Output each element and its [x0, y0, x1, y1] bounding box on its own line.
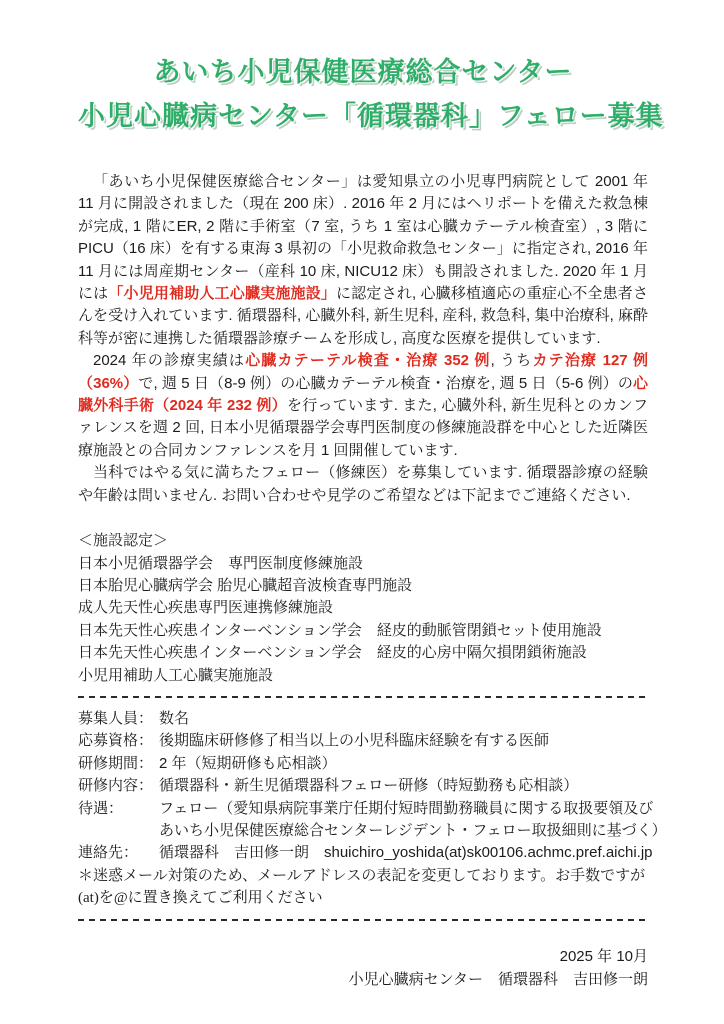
- detail-value: 循環器科・新生児循環器科フェロー研修（時短勤務も応相談）: [159, 775, 648, 797]
- document-title: あいち小児保健医療総合センター 小児心臓病センター「循環器科」フェロー募集: [78, 50, 648, 138]
- facility-item: 日本先天性心疾患インターベンション学会 経皮的心房中隔欠損閉鎖術施設: [78, 642, 648, 664]
- detail-row-period: 研修期間： 2 年（短期研修も応相談）: [78, 753, 648, 775]
- facility-item: 日本胎児心臓病学会 胎児心臓超音波検査専門施設: [78, 575, 648, 597]
- detail-label: [78, 820, 159, 842]
- detail-label: 募集人員：: [78, 708, 159, 730]
- facilities-section: ＜施設認定＞ 日本小児循環器学会 専門医制度修練施設 日本胎児心臓病学会 胎児心…: [78, 530, 648, 687]
- body-text: 「あいち小児保健医療総合センター」は愛知県立の小児専門病院として 2001 年 …: [78, 171, 648, 507]
- detail-label: 連絡先：: [78, 842, 159, 864]
- facility-item: 成人先天性心疾患専門医連携修練施設: [78, 597, 648, 619]
- detail-value: 2 年（短期研修も応相談）: [159, 753, 648, 775]
- detail-label: 待遇：: [78, 798, 159, 820]
- title-line-1: あいち小児保健医療総合センター: [78, 50, 648, 94]
- detail-row-contact: 連絡先： 循環器科 吉田修一朗 shuichiro_yoshida(at)sk0…: [78, 842, 648, 864]
- footer-date: 2025 年 10月: [78, 945, 648, 969]
- detail-row-treatment-continued: あいち小児保健医療総合センターレジデント・フェロー取扱細則に基づく）: [78, 820, 648, 842]
- email-note-line-1: ＊迷惑メール対策のため、メールアドレスの表記を変更しております。お手数ですが: [78, 865, 648, 887]
- intro-paragraph: 「あいち小児保健医療総合センター」は愛知県立の小児専門病院として 2001 年 …: [78, 171, 648, 350]
- detail-label: 応募資格：: [78, 730, 159, 752]
- dashed-divider-top: [78, 696, 648, 698]
- facilities-header: ＜施設認定＞: [78, 530, 648, 552]
- facility-item: 日本先天性心疾患インターベンション学会 経皮的動脈管閉鎖セット使用施設: [78, 620, 648, 642]
- detail-value: 後期臨床研修修了相当以上の小児科臨床経験を有する医師: [159, 730, 648, 752]
- detail-row-treatment: 待遇： フェロー（愛知県病院事業庁任期付短時間勤務職員に関する取扱要領及び: [78, 798, 648, 820]
- contact-email: 循環器科 吉田修一朗 shuichiro_yoshida(at)sk00106.…: [159, 842, 653, 864]
- detail-value: フェロー（愛知県病院事業庁任期付短時間勤務職員に関する取扱要領及び: [159, 798, 653, 820]
- email-note-line-2: (at)を@に置き換えてご利用ください: [78, 887, 648, 909]
- detail-row-qualification: 応募資格： 後期臨床研修修了相当以上の小児科臨床経験を有する医師: [78, 730, 648, 752]
- title-line-2: 小児心臓病センター「循環器科」フェロー募集: [78, 94, 648, 138]
- facility-item: 日本小児循環器学会 専門医制度修練施設: [78, 553, 648, 575]
- detail-value: あいち小児保健医療総合センターレジデント・フェロー取扱細則に基づく）: [159, 820, 667, 842]
- flyer-page: あいち小児保健医療総合センター 小児心臓病センター「循環器科」フェロー募集 「あ…: [0, 0, 724, 1024]
- detail-row-content: 研修内容： 循環器科・新生児循環器科フェロー研修（時短勤務も応相談）: [78, 775, 648, 797]
- recruit-paragraph: 当科ではやる気に満ちたフェロー（修練医）を募集しています. 循環器診療の経験や年…: [78, 462, 648, 507]
- detail-value: 数名: [159, 708, 648, 730]
- footer: 2025 年 10月 小児心臓病センター 循環器科 吉田修一朗: [78, 945, 648, 992]
- details-section: 募集人員： 数名 応募資格： 後期臨床研修修了相当以上の小児科臨床経験を有する医…: [78, 708, 648, 910]
- detail-label: 研修内容：: [78, 775, 159, 797]
- detail-label: 研修期間：: [78, 753, 159, 775]
- facility-item: 小児用補助人工心臓実施施設: [78, 665, 648, 687]
- dashed-divider-bottom: [78, 919, 648, 921]
- stats-paragraph: 2024 年の診療実績は心臓カテーテル検査・治療 352 例, うちカテ治療 1…: [78, 350, 648, 462]
- footer-signature: 小児心臓病センター 循環器科 吉田修一朗: [78, 968, 648, 992]
- detail-row-positions: 募集人員： 数名: [78, 708, 648, 730]
